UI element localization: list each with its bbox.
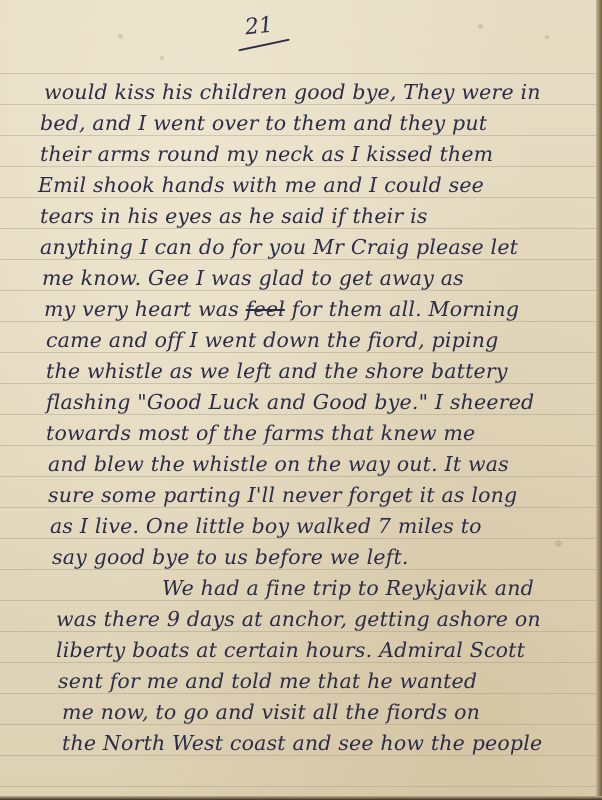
text-line: the North West coast and see how the peo… — [62, 731, 542, 755]
text-line: would kiss his children good bye, They w… — [44, 80, 541, 104]
text-line: their arms round my neck as I kissed the… — [40, 142, 493, 166]
text-line: sure some parting I'll never forget it a… — [48, 483, 517, 507]
text-line: and blew the whistle on the way out. It … — [48, 452, 509, 476]
rule-line — [0, 383, 598, 384]
rule-line — [0, 569, 598, 570]
rule-line — [0, 414, 598, 415]
paper-stain — [555, 540, 562, 547]
text-line: liberty boats at certain hours. Admiral … — [56, 638, 525, 662]
rule-line — [0, 476, 598, 477]
rule-line — [0, 352, 598, 353]
page-edge-bottom — [0, 796, 602, 800]
rule-line — [0, 135, 598, 136]
text-segment: my very heart was — [44, 297, 246, 321]
paper-stain — [545, 35, 549, 39]
rule-line — [0, 662, 598, 663]
text-line: the whistle as we left and the shore bat… — [46, 359, 508, 383]
text-line: me know. Gee I was glad to get away as — [42, 266, 464, 290]
rule-line — [0, 600, 598, 601]
rule-line — [0, 786, 598, 787]
text-line: We had a fine trip to Reykjavik and — [162, 576, 534, 600]
rule-line — [0, 631, 598, 632]
page-number: 21 — [244, 13, 274, 41]
document-page: 21 would kiss his children good bye, The… — [0, 0, 598, 797]
text-line: Emil shook hands with me and I could see — [38, 173, 484, 197]
rule-line — [0, 166, 598, 167]
text-line: say good bye to us before we left. — [52, 545, 409, 569]
page-number-underline — [238, 39, 289, 52]
text-line: my very heart was feel for them all. Mor… — [44, 297, 519, 321]
text-line: sent for me and told me that he wanted — [58, 669, 477, 693]
rule-line — [0, 321, 598, 322]
text-line: towards most of the farms that knew me — [46, 421, 475, 445]
text-line: flashing "Good Luck and Good bye." I she… — [46, 390, 534, 414]
text-line: me now, to go and visit all the fiords o… — [62, 700, 480, 724]
rule-line — [0, 755, 598, 756]
struck-word: feel — [246, 297, 285, 321]
text-line: as I live. One little boy walked 7 miles… — [50, 514, 482, 538]
paper-stain — [118, 34, 123, 39]
rule-line — [0, 724, 598, 725]
text-line: anything I can do for you Mr Craig pleas… — [40, 235, 518, 259]
paper-stain — [478, 24, 483, 29]
text-line: came and off I went down the fiord, pipi… — [46, 328, 498, 352]
text-line: bed, and I went over to them and they pu… — [40, 111, 487, 135]
rule-line — [0, 197, 598, 198]
rule-line — [0, 507, 598, 508]
paper-stain — [160, 56, 164, 60]
rule-line — [0, 693, 598, 694]
text-segment: for them all. Morning — [285, 297, 519, 321]
rule-line — [0, 104, 598, 105]
rule-line — [0, 259, 598, 260]
rule-line — [0, 538, 598, 539]
rule-line — [0, 445, 598, 446]
page-edge-right — [596, 0, 602, 800]
text-line: was there 9 days at anchor, getting asho… — [56, 607, 541, 631]
rule-line — [0, 290, 598, 291]
text-line: tears in his eyes as he said if their is — [40, 204, 428, 228]
rule-line — [0, 228, 598, 229]
rule-line — [0, 73, 598, 74]
